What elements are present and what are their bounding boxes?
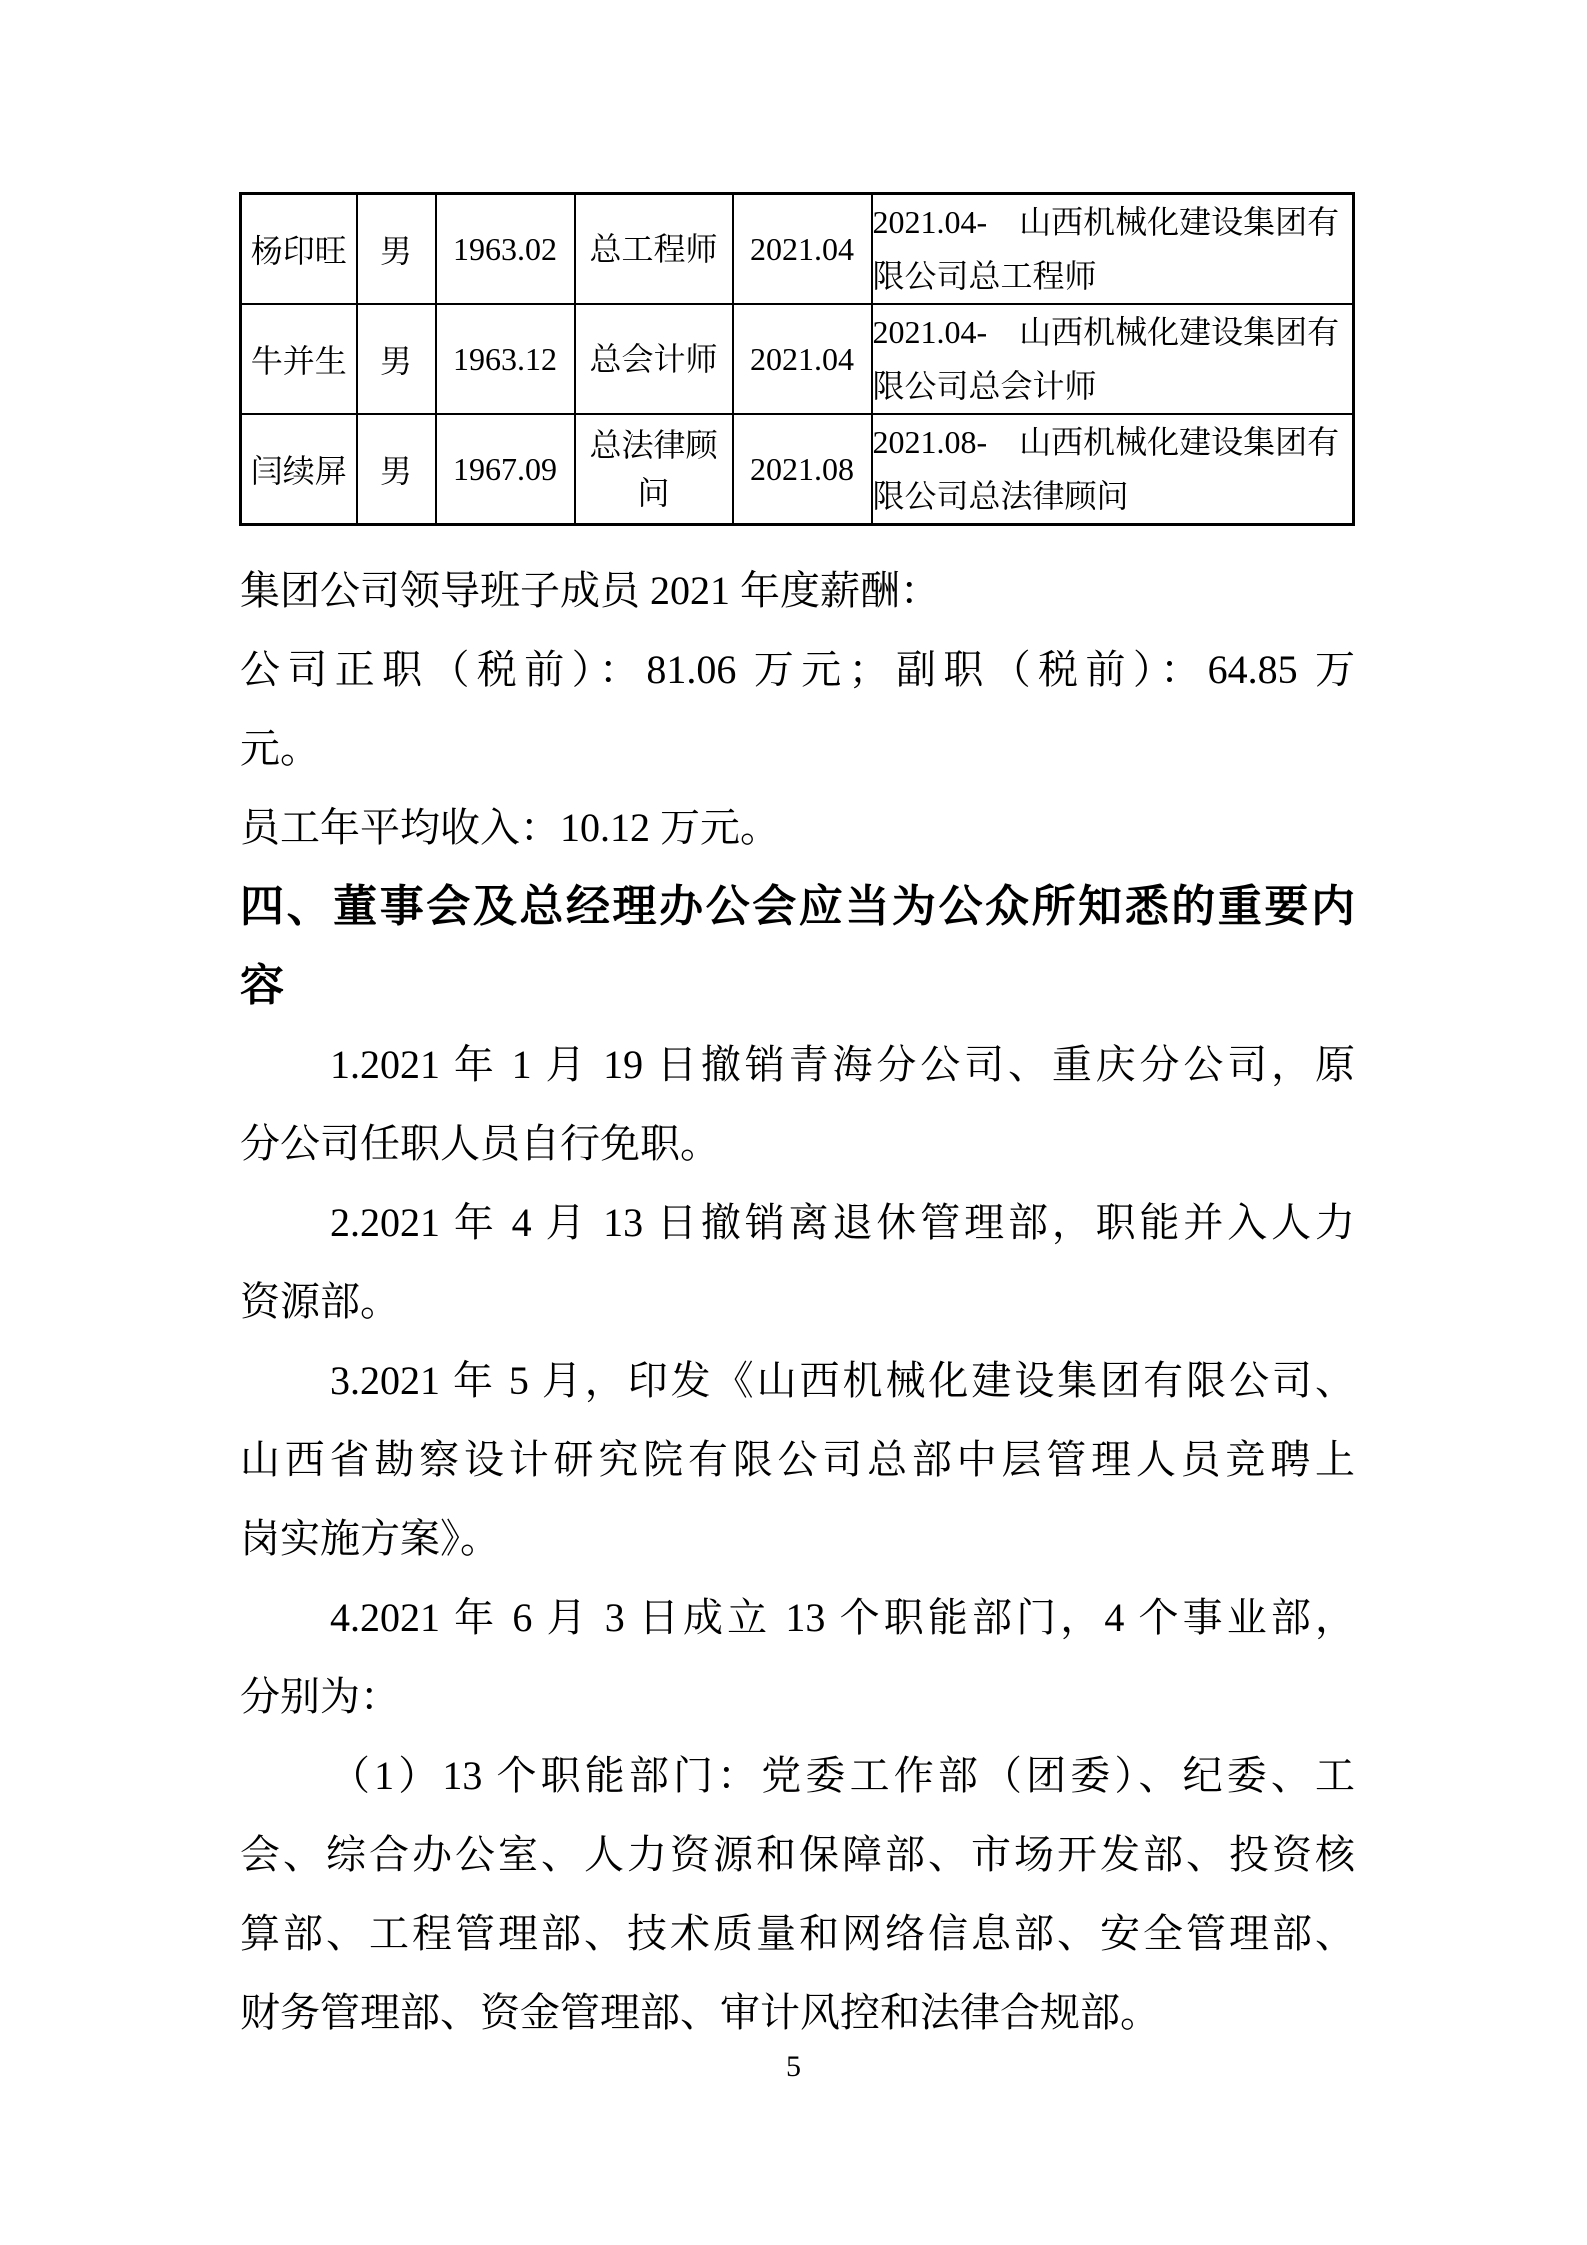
experience-line: 2021.08- 山西机械化建设集团有: [873, 415, 1353, 469]
experience-line: 2021.04- 山西机械化建设集团有: [873, 305, 1353, 359]
gender-cell: 男: [357, 304, 436, 414]
experience-cell: 2021.08- 山西机械化建设集团有 限公司总法律顾问: [872, 414, 1354, 525]
executive-salary-line: 公司正职（税前）：81.06 万元；副职（税前）：64.85 万: [240, 630, 1355, 709]
start-date-cell: 2021.04: [733, 194, 872, 305]
start-date-cell: 2021.08: [733, 414, 872, 525]
departments-list-line: 算部、工程管理部、技术质量和网络信息部、安全管理部、: [240, 1894, 1355, 1973]
item-4-line: 4.2021 年 6 月 3 日成立 13 个职能部门，4 个事业部，: [240, 1578, 1355, 1657]
name-cell: 牛并生: [241, 304, 357, 414]
position-cell: 总工程师: [575, 194, 733, 305]
item-3-line: 3.2021 年 5 月，印发《山西机械化建设集团有限公司、: [240, 1341, 1355, 1420]
item-3-line: 岗实施方案》。: [240, 1499, 1355, 1578]
gender-cell: 男: [357, 414, 436, 525]
executive-salary-line: 元。: [240, 709, 1355, 788]
item-3-line: 山西省勘察设计研究院有限公司总部中层管理人员竞聘上: [240, 1420, 1355, 1499]
birth-date-cell: 1967.09: [436, 414, 575, 525]
position-cell: 总会计师: [575, 304, 733, 414]
body-text: 集团公司领导班子成员 2021 年度薪酬： 公司正职（税前）：81.06 万元；…: [240, 551, 1355, 2052]
employee-income-line: 员工年平均收入：10.12 万元。: [240, 788, 1355, 867]
experience-cell: 2021.04- 山西机械化建设集团有 限公司总会计师: [872, 304, 1354, 414]
name-cell: 闫续屏: [241, 414, 357, 525]
table-row: 杨印旺 男 1963.02 总工程师 2021.04 2021.04- 山西机械…: [241, 194, 1354, 305]
leadership-table: 杨印旺 男 1963.02 总工程师 2021.04 2021.04- 山西机械…: [239, 192, 1355, 526]
page-number: 5: [0, 2040, 1587, 2094]
item-1-line: 分公司任职人员自行免职。: [240, 1104, 1355, 1183]
position-cell: 总法律顾问: [575, 414, 733, 525]
experience-line: 限公司总会计师: [873, 359, 1353, 413]
table-row: 牛并生 男 1963.12 总会计师 2021.04 2021.04- 山西机械…: [241, 304, 1354, 414]
start-date-cell: 2021.04: [733, 304, 872, 414]
item-2-line: 2.2021 年 4 月 13 日撤销离退休管理部，职能并入人力: [240, 1183, 1355, 1262]
birth-date-cell: 1963.12: [436, 304, 575, 414]
experience-line: 限公司总工程师: [873, 249, 1353, 303]
experience-line: 限公司总法律顾问: [873, 469, 1353, 523]
item-1-line: 1.2021 年 1 月 19 日撤销青海分公司、重庆分公司，原: [240, 1025, 1355, 1104]
experience-line: 2021.04- 山西机械化建设集团有: [873, 195, 1353, 249]
section-heading-line: 四、董事会及总经理办公会应当为公众所知悉的重要内: [240, 867, 1355, 946]
document-page: 杨印旺 男 1963.02 总工程师 2021.04 2021.04- 山西机械…: [0, 0, 1587, 2245]
departments-list-line: 会、综合办公室、人力资源和保障部、市场开发部、投资核: [240, 1815, 1355, 1894]
item-4-line: 分别为：: [240, 1657, 1355, 1736]
gender-cell: 男: [357, 194, 436, 305]
experience-cell: 2021.04- 山西机械化建设集团有 限公司总工程师: [872, 194, 1354, 305]
table-row: 闫续屏 男 1967.09 总法律顾问 2021.08 2021.08- 山西机…: [241, 414, 1354, 525]
item-2-line: 资源部。: [240, 1262, 1355, 1341]
birth-date-cell: 1963.02: [436, 194, 575, 305]
departments-list-line: （1）13 个职能部门：党委工作部（团委）、纪委、工: [240, 1736, 1355, 1815]
salary-intro-line: 集团公司领导班子成员 2021 年度薪酬：: [240, 551, 1355, 630]
section-heading-line: 容: [240, 946, 1355, 1025]
name-cell: 杨印旺: [241, 194, 357, 305]
